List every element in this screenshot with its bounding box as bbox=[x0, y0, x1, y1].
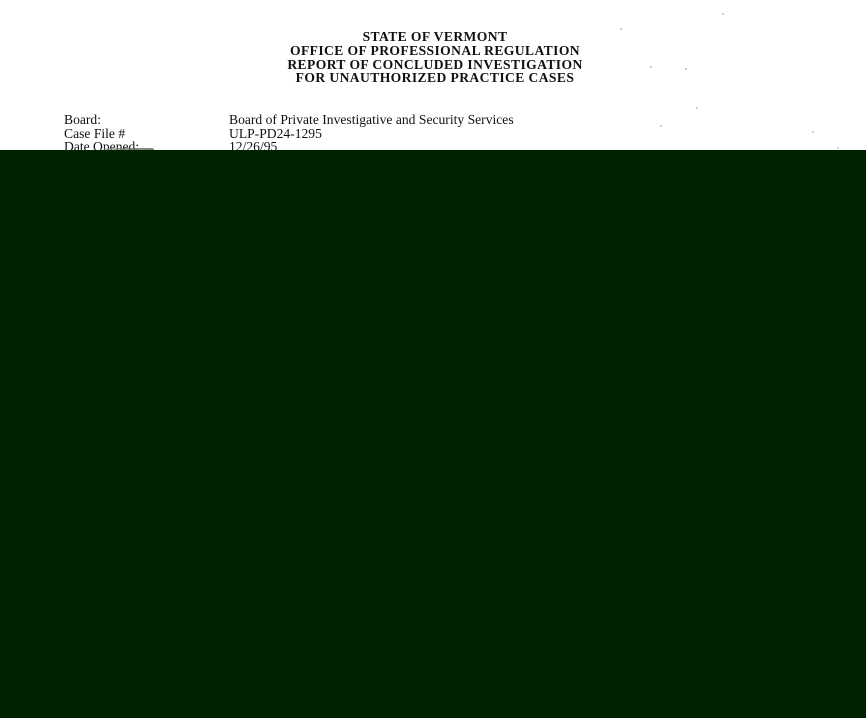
field-board-label: Board: bbox=[64, 113, 229, 127]
header-line-state: STATE OF VERMONT bbox=[0, 30, 866, 44]
scan-speck bbox=[685, 68, 687, 70]
field-case-file: Case File # ULP-PD24-1295 bbox=[64, 127, 514, 141]
header-line-subject: FOR UNAUTHORIZED PRACTICE CASES bbox=[0, 71, 866, 85]
scan-speck bbox=[696, 107, 698, 109]
scan-speck bbox=[837, 147, 839, 149]
scan-speck bbox=[812, 131, 814, 133]
header-line-report: REPORT OF CONCLUDED INVESTIGATION bbox=[0, 58, 866, 72]
scan-speck bbox=[650, 66, 652, 68]
field-case-file-label: Case File # bbox=[64, 127, 229, 141]
field-board: Board: Board of Private Investigative an… bbox=[64, 113, 514, 127]
document-header: STATE OF VERMONT OFFICE OF PROFESSIONAL … bbox=[0, 30, 866, 85]
field-board-value: Board of Private Investigative and Secur… bbox=[229, 113, 514, 127]
scan-speck bbox=[722, 13, 724, 15]
header-line-office: OFFICE OF PROFESSIONAL REGULATION bbox=[0, 44, 866, 58]
scan-speck bbox=[620, 28, 622, 30]
redaction-block bbox=[0, 150, 866, 718]
scan-speck bbox=[660, 125, 662, 127]
field-case-file-value: ULP-PD24-1295 bbox=[229, 127, 322, 141]
document-page: STATE OF VERMONT OFFICE OF PROFESSIONAL … bbox=[0, 0, 866, 718]
